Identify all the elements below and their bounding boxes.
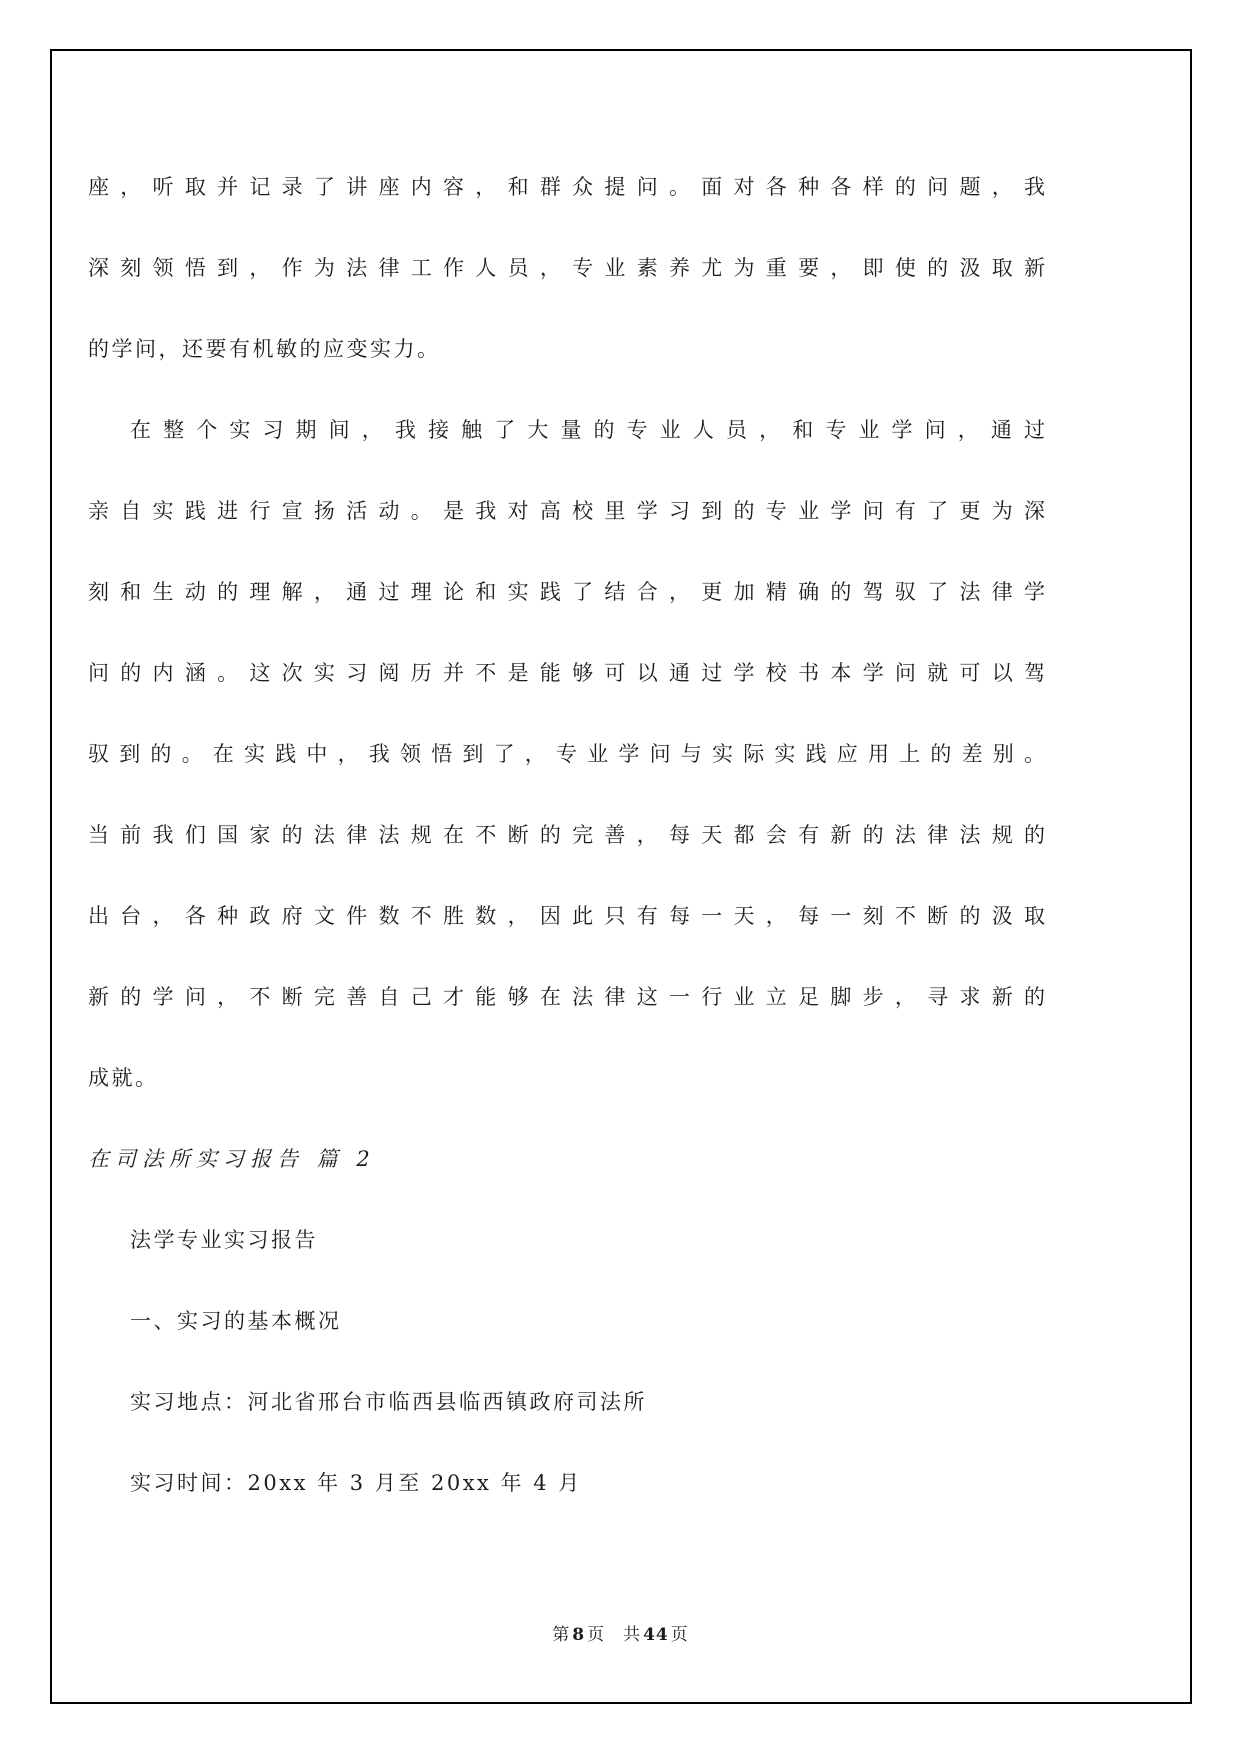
text-line: 问的内涵。这次实习阅历并不是能够可以通过学校书本学问就可以驾 bbox=[88, 633, 1045, 714]
footer-total-number: 44 bbox=[641, 1625, 671, 1645]
text-line: 出台，各种政府文件数不胜数，因此只有每一天，每一刻不断的汲取 bbox=[88, 876, 1045, 957]
footer-total-prefix: 共 bbox=[623, 1625, 641, 1645]
document-body: 座，听取并记录了讲座内容，和群众提问。面对各种各样的问题，我 深刻领悟到，作为法… bbox=[88, 147, 1045, 1524]
text-line: 当前我们国家的法律法规在不断的完善，每天都会有新的法律法规的 bbox=[88, 795, 1045, 876]
footer-page-prefix: 第 bbox=[552, 1625, 570, 1645]
footer-page-number: 8 bbox=[570, 1625, 587, 1645]
text-line: 的学问，还要有机敏的应变实力。 bbox=[88, 309, 1045, 390]
text-line: 亲自实践进行宣扬活动。是我对高校里学习到的专业学问有了更为深 bbox=[88, 471, 1045, 552]
text-line: 新的学问，不断完善自己才能够在法律这一行业立足脚步，寻求新的 bbox=[88, 957, 1045, 1038]
internship-location-line: 实习地点：河北省邢台市临西县临西镇政府司法所 bbox=[88, 1362, 1045, 1443]
text-line: 深刻领悟到，作为法律工作人员，专业素养尤为重要，即使的汲取新 bbox=[88, 228, 1045, 309]
report-title: 法学专业实习报告 bbox=[88, 1200, 1045, 1281]
section-number-heading: 一、实习的基本概况 bbox=[88, 1281, 1045, 1362]
text-line: 驭到的。在实践中，我领悟到了，专业学问与实际实践应用上的差别。 bbox=[88, 714, 1045, 795]
text-line: 座，听取并记录了讲座内容，和群众提问。面对各种各样的问题，我 bbox=[88, 147, 1045, 228]
text-line: 在整个实习期间，我接触了大量的专业人员，和专业学问，通过 bbox=[88, 390, 1045, 471]
section-heading: 在司法所实习报告 篇 2 bbox=[88, 1119, 1045, 1200]
internship-time-line: 实习时间：20xx 年 3 月至 20xx 年 4 月 bbox=[88, 1443, 1045, 1524]
text-line: 成就。 bbox=[88, 1038, 1045, 1119]
text-line: 刻和生动的理解，通过理论和实践了结合，更加精确的驾驭了法律学 bbox=[88, 552, 1045, 633]
footer-total-unit: 页 bbox=[671, 1625, 689, 1645]
footer-page-unit: 页 bbox=[587, 1625, 605, 1645]
page-footer: 第8页共44页 bbox=[0, 1620, 1241, 1645]
document-page: 座，听取并记录了讲座内容，和群众提问。面对各种各样的问题，我 深刻领悟到，作为法… bbox=[0, 0, 1241, 1754]
